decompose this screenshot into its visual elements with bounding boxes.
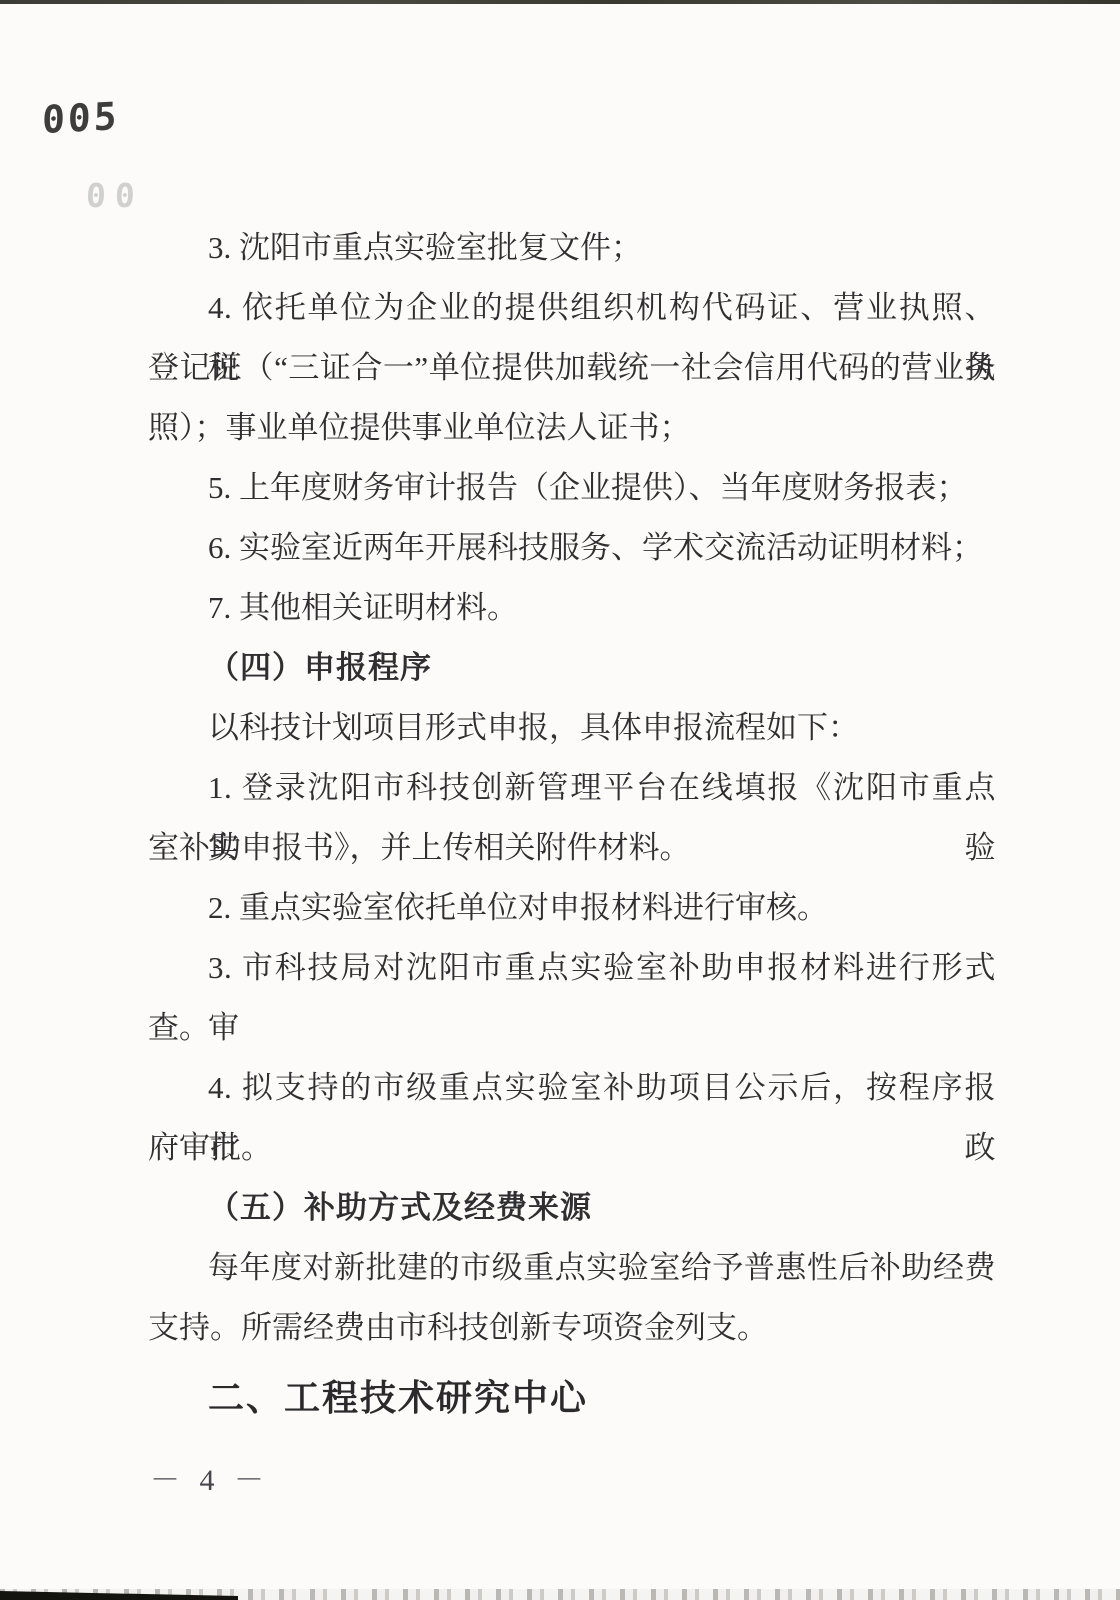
faint-stamp-number: 00 <box>85 176 144 215</box>
scan-top-edge <box>0 0 1120 4</box>
document-text-body: 3. 沈阳市重点实验室批复文件；4. 依托单位为企业的提供组织机构代码证、营业执… <box>148 218 996 1428</box>
text-line: 2. 重点实验室依托单位对申报材料进行审核。 <box>148 878 996 938</box>
text-line: 3. 沈阳市重点实验室批复文件； <box>148 218 996 278</box>
page-stamp-number: 005 <box>42 94 120 142</box>
text-line: 6. 实验室近两年开展科技服务、学术交流活动证明材料； <box>148 518 996 578</box>
text-line: 照）；事业单位提供事业单位法人证书； <box>148 398 996 458</box>
text-line: 查。 <box>148 998 996 1058</box>
text-line: 以科技计划项目形式申报，具体申报流程如下： <box>148 698 996 758</box>
text-line: 二、工程技术研究中心 <box>148 1368 996 1428</box>
text-line: 4. 依托单位为企业的提供组织机构代码证、营业执照、税务 <box>148 278 996 338</box>
page-number: － 4 － <box>150 1455 270 1499</box>
text-line: 1. 登录沈阳市科技创新管理平台在线填报《沈阳市重点实验 <box>148 758 996 818</box>
text-line: 支持。所需经费由市科技创新专项资金列支。 <box>148 1298 996 1358</box>
text-line: 4. 拟支持的市级重点实验室补助项目公示后，按程序报市政 <box>148 1058 996 1118</box>
scan-bottom-corner-shadow <box>0 1590 238 1600</box>
scan-bottom-edge <box>0 1589 1120 1600</box>
text-line: （四）申报程序 <box>148 638 996 698</box>
scanned-document-page: 005 00 3. 沈阳市重点实验室批复文件；4. 依托单位为企业的提供组织机构… <box>0 0 1120 1600</box>
text-line: 每年度对新批建的市级重点实验室给予普惠性后补助经费 <box>148 1238 996 1298</box>
text-line: 5. 上年度财务审计报告（企业提供）、当年度财务报表； <box>148 458 996 518</box>
text-line: （五）补助方式及经费来源 <box>148 1178 996 1238</box>
text-line: 7. 其他相关证明材料。 <box>148 578 996 638</box>
text-line: 3. 市科技局对沈阳市重点实验室补助申报材料进行形式审 <box>148 938 996 998</box>
text-line: 登记证（“三证合一”单位提供加载统一社会信用代码的营业执 <box>148 338 996 398</box>
